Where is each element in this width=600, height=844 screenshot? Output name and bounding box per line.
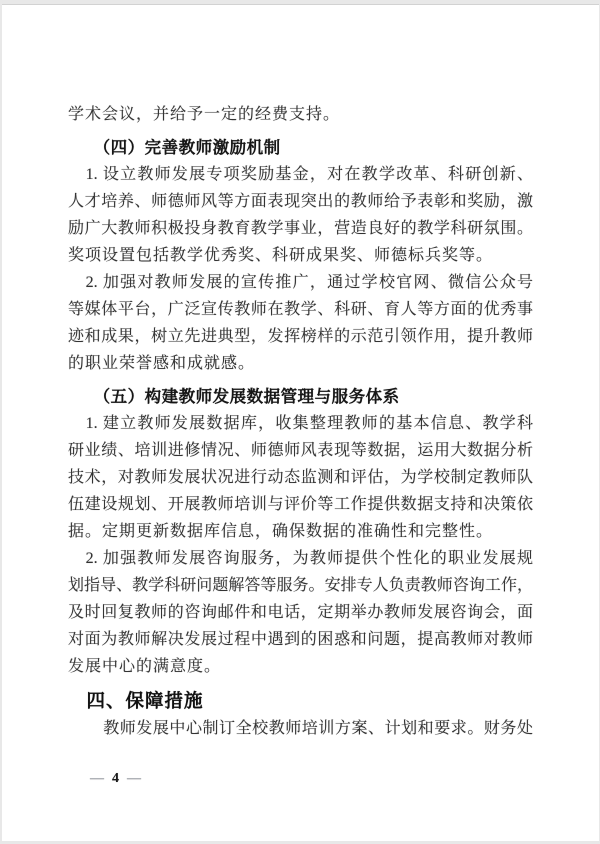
document-page: 学术会议，并给予一定的经费支持。 （四）完善教师激励机制 1. 设立教师发展专项… (2, 4, 599, 841)
subsection-heading: （五）构建教师发展数据管理与服务体系 (68, 383, 533, 410)
page-number: —4— (90, 771, 142, 787)
body-line: 教师发展中心制订全校教师培训方案、计划和要求。财务处 (68, 715, 533, 742)
body-line: 对面为教师解决发展过程中遇到的困惑和问题，提高教师对教师 (68, 626, 533, 653)
body-line: 学术会议，并给予一定的经费支持。 (68, 101, 533, 128)
body-line: 1. 设立教师发展专项奖励基金，对在教学改革、科研创新、 (68, 161, 533, 188)
page-number-dash-right: — (127, 771, 142, 786)
body-line: 等媒体平台，广泛宣传教师在教学、科研、育人等方面的优秀事 (68, 296, 533, 323)
document-body: 学术会议，并给予一定的经费支持。 （四）完善教师激励机制 1. 设立教师发展专项… (68, 101, 533, 742)
subsection-heading: （四）完善教师激励机制 (68, 134, 533, 161)
body-line: 人才培养、师德师风等方面表现突出的教师给予表彰和奖励，激 (68, 188, 533, 215)
body-line: 研业绩、培训进修情况、师德师风表现等数据，运用大数据分析 (68, 437, 533, 464)
body-line: 2. 加强对教师发展的宣传推广，通过学校官网、微信公众号 (68, 269, 533, 296)
body-line: 励广大教师积极投身教育教学事业，营造良好的教学科研氛围。 (68, 215, 533, 242)
body-line: 伍建设规划、开展教师培训与评价等工作提供数据支持和决策依 (68, 491, 533, 518)
body-line: 据。定期更新数据库信息，确保数据的准确性和完整性。 (68, 518, 533, 545)
section-heading: 四、保障措施 (68, 687, 533, 715)
body-line: 1. 建立教师发展数据库，收集整理教师的基本信息、教学科 (68, 410, 533, 437)
body-line: 发展中心的满意度。 (68, 653, 533, 680)
page-number-value: 4 (112, 771, 120, 786)
body-line: 的职业荣誉感和成就感。 (68, 350, 533, 377)
body-line: 技术，对教师发展状况进行动态监测和评估，为学校制定教师队 (68, 464, 533, 491)
body-line: 迹和成果，树立先进典型，发挥榜样的示范引领作用，提升教师 (68, 323, 533, 350)
page-number-dash-left: — (90, 771, 105, 786)
body-line: 2. 加强教师发展咨询服务，为教师提供个性化的职业发展规 (68, 545, 533, 572)
body-line: 奖项设置包括教学优秀奖、科研成果奖、师德标兵奖等。 (68, 242, 533, 269)
body-line: 划指导、教学科研问题解答等服务。安排专人负责教师咨询工作， (68, 572, 533, 599)
body-line: 及时回复教师的咨询邮件和电话，定期举办教师发展咨询会，面 (68, 599, 533, 626)
